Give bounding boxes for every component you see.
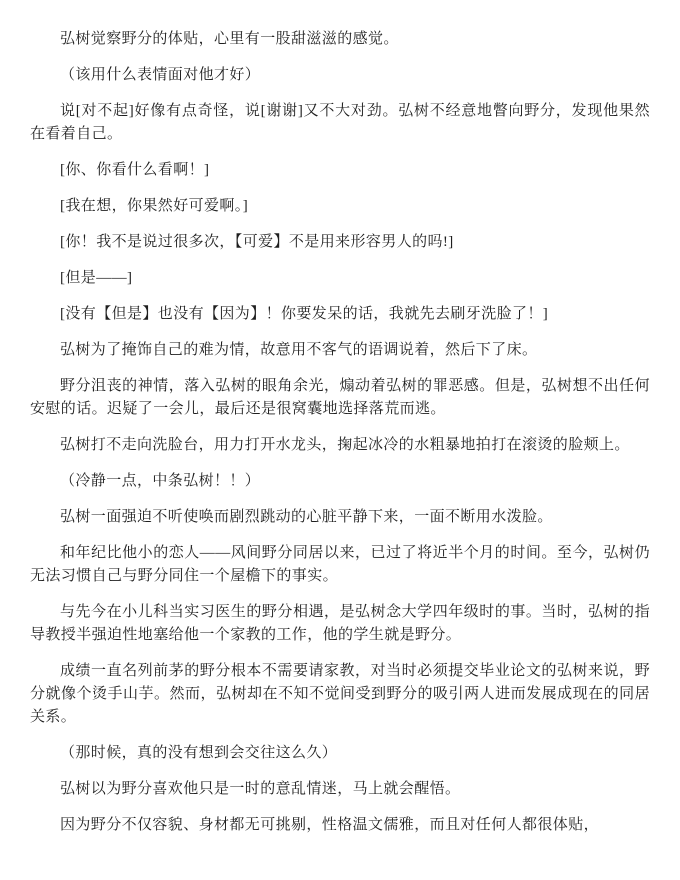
paragraph: （该用什么表情面对他才好） (30, 64, 650, 87)
paragraph: 说[对不起]好像有点奇怪，说[谢谢]又不大对劲。弘树不经意地瞥向野分，发现他果然… (30, 100, 650, 146)
paragraph: [你！我不是说过很多次，【可爱】不是用来形容男人的吗!] (30, 231, 650, 254)
paragraph: [我在想，你果然好可爱啊。] (30, 195, 650, 218)
paragraph: [但是——] (30, 267, 650, 290)
paragraph: 和年纪比他小的恋人——风间野分同居以来，已过了将近半个月的时间。至今，弘树仍无法… (30, 542, 650, 588)
paragraph: 弘树以为野分喜欢他只是一时的意乱情迷，马上就会醒悟。 (30, 778, 650, 801)
paragraph: 弘树为了掩饰自己的难为情，故意用不客气的语调说着，然后下了床。 (30, 339, 650, 362)
paragraph: 野分沮丧的神情，落入弘树的眼角余光，煽动着弘树的罪恶感。但是，弘树想不出任何安慰… (30, 375, 650, 421)
paragraph: （冷静一点，中条弘树！！） (30, 470, 650, 493)
paragraph: [你、你看什么看啊！] (30, 159, 650, 182)
document-page: 弘树觉察野分的体贴，心里有一股甜滋滋的感觉。 （该用什么表情面对他才好） 说[对… (0, 0, 680, 880)
paragraph: 弘树一面强迫不听使唤而剧烈跳动的心脏平静下来，一面不断用水泼脸。 (30, 506, 650, 529)
paragraph: 弘树打不走向洗脸台，用力打开水龙头，掬起冰冷的水粗暴地拍打在滚烫的脸颊上。 (30, 434, 650, 457)
paragraph: 因为野分不仅容貌、身材都无可挑剔，性格温文儒雅，而且对任何人都很体贴， (30, 814, 650, 837)
paragraph: 与先今在小儿科当实习医生的野分相遇，是弘树念大学四年级时的事。当时，弘树的指导教… (30, 601, 650, 647)
paragraph: 弘树觉察野分的体贴，心里有一股甜滋滋的感觉。 (30, 28, 650, 51)
paragraph: [没有【但是】也没有【因为】！你要发呆的话，我就先去刷牙洗脸了！] (30, 303, 650, 326)
paragraph: 成绩一直名列前茅的野分根本不需要请家教，对当时必须提交毕业论文的弘树来说，野分就… (30, 660, 650, 729)
paragraph: （那时候，真的没有想到会交往这么久） (30, 742, 650, 765)
